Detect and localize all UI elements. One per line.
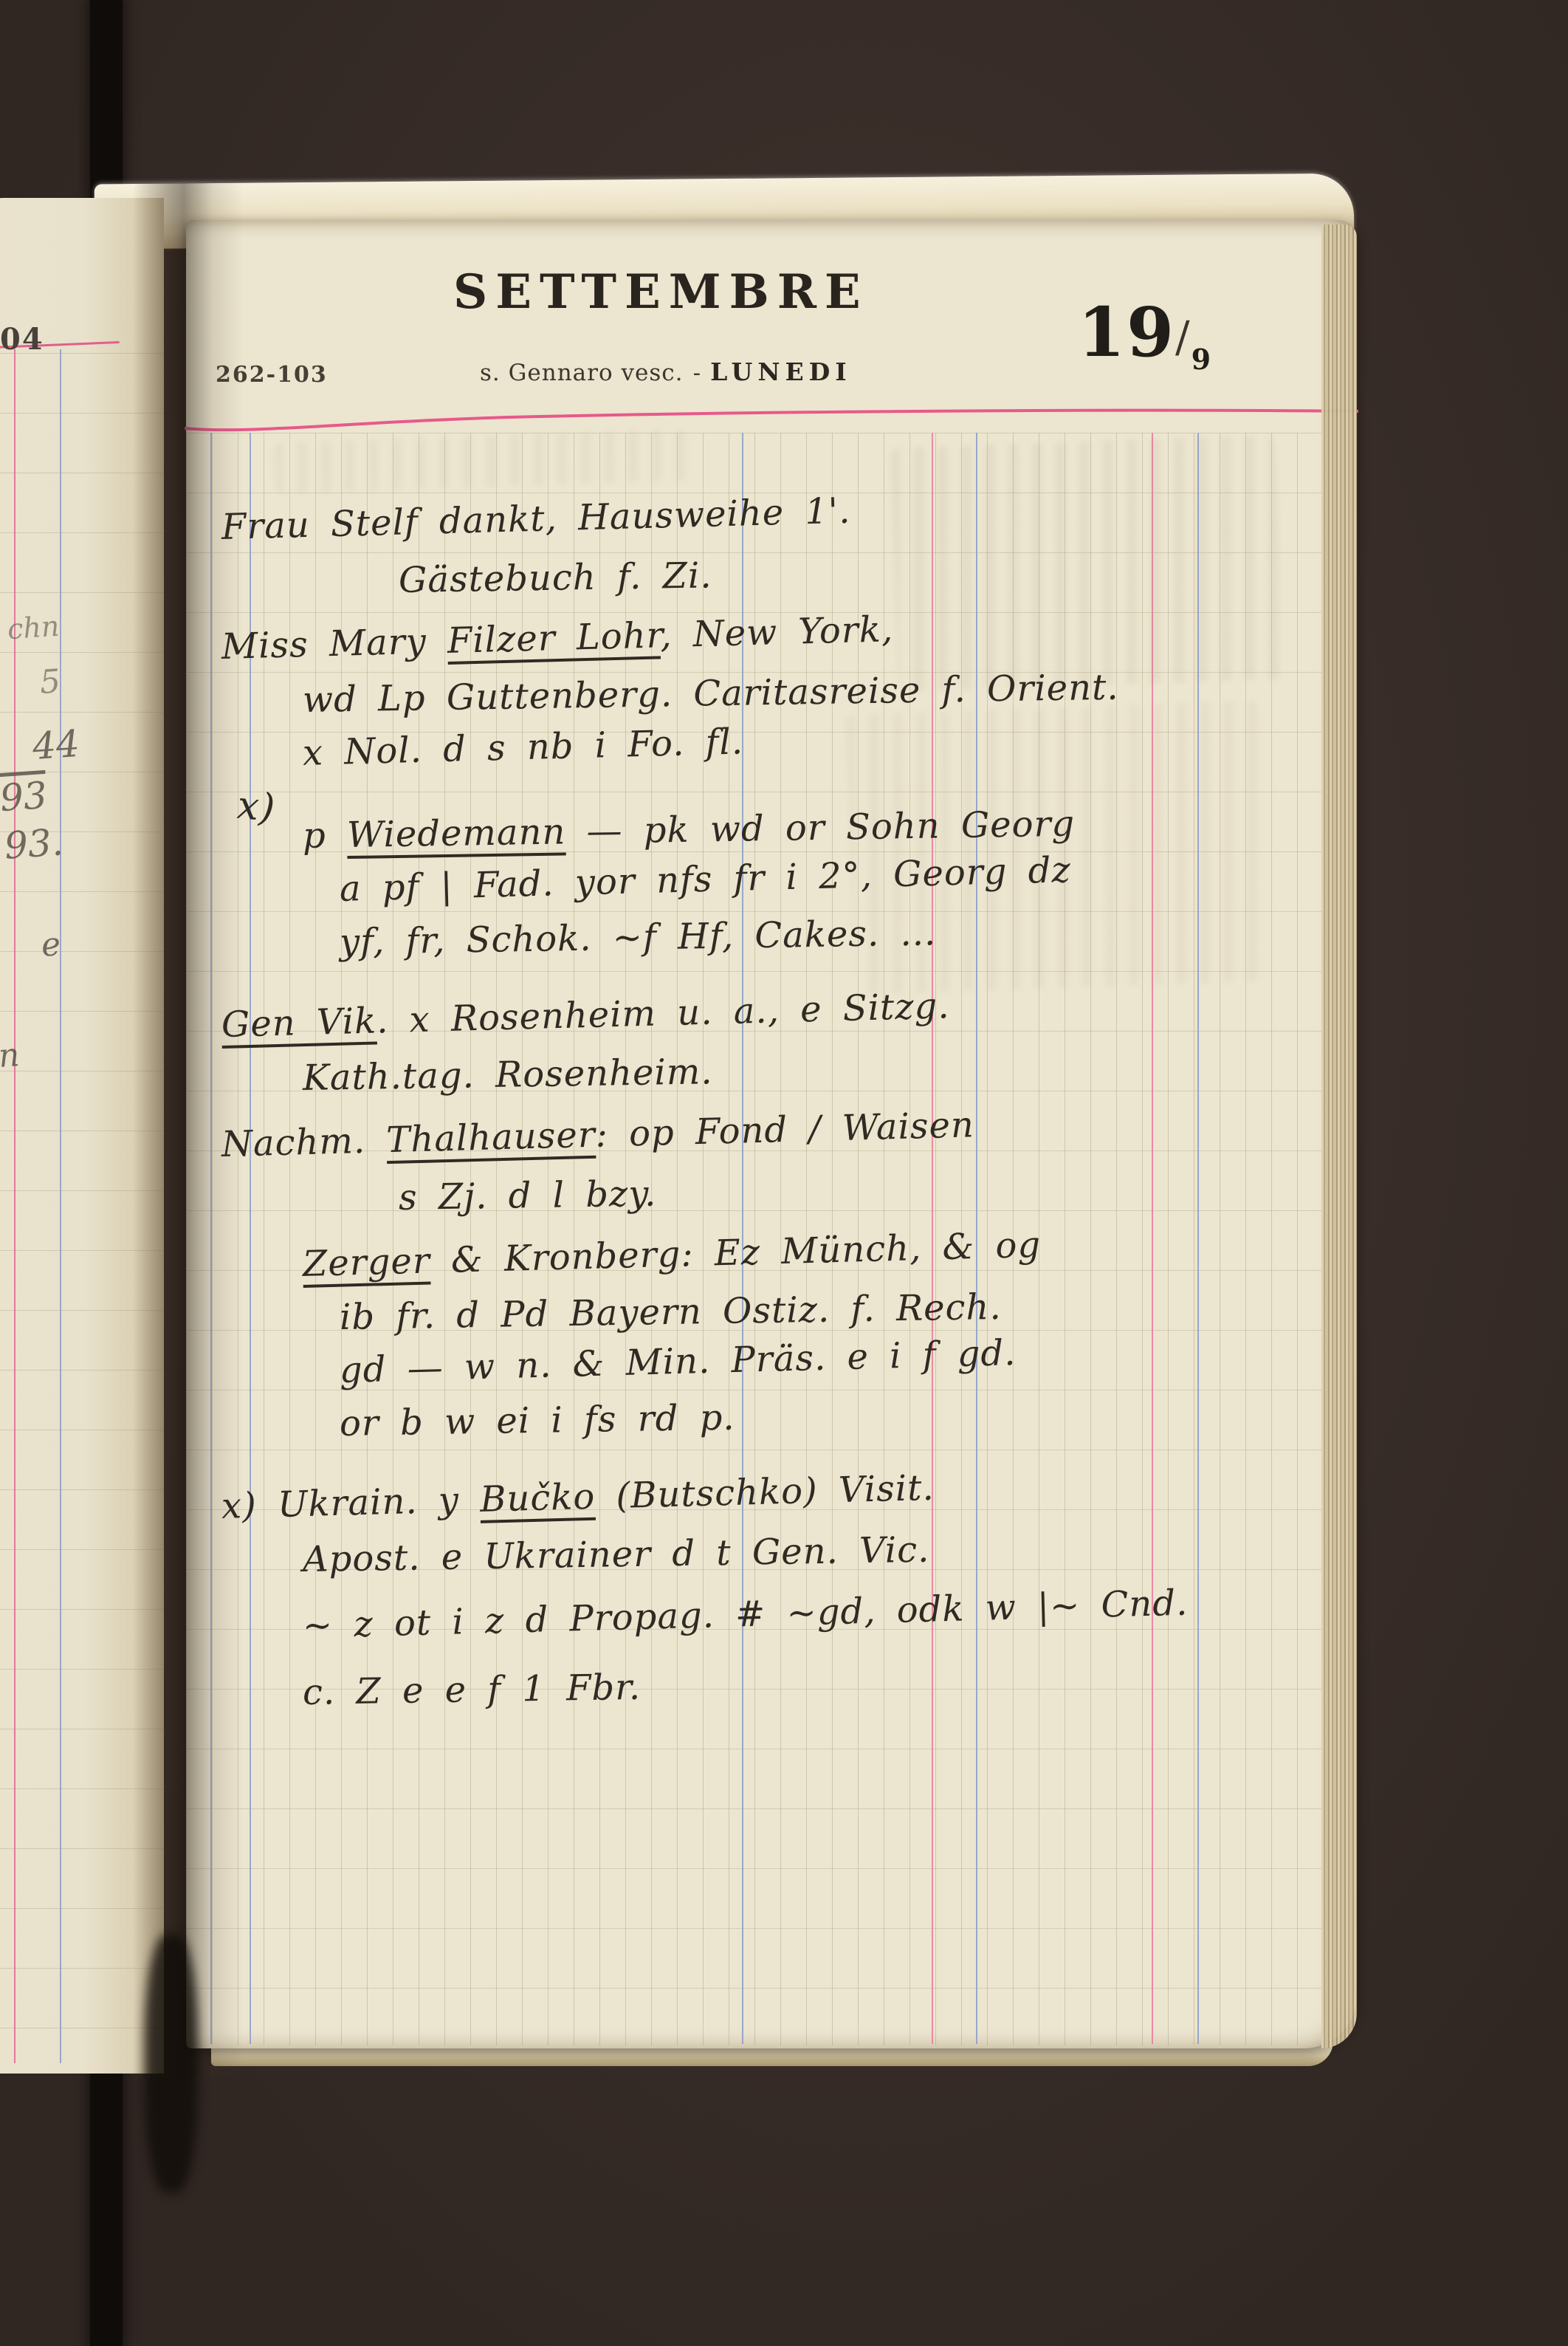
separator-dash: - bbox=[687, 360, 706, 386]
saint-name: s. Gennaro vesc. bbox=[480, 360, 683, 386]
diary-line: c. Z e e f 1 Fbr. bbox=[302, 1650, 1329, 1719]
handwriting-fragment: 93 bbox=[0, 774, 49, 820]
margin-mark: x) bbox=[235, 779, 278, 835]
diary-line: ~ z ot i z d Propag. # ~gd, odk w |~ Cnd… bbox=[302, 1573, 1329, 1653]
handwritten-entries: Frau Stelf dankt, Hausweihe 1'.Gästebuch… bbox=[221, 501, 1329, 1719]
weekday-label: LUNEDI bbox=[710, 357, 852, 386]
date-slash: / bbox=[1175, 312, 1190, 362]
underlined-name: Thalhauser bbox=[386, 1114, 596, 1161]
handwriting-fragment: chn bbox=[7, 610, 61, 646]
header-pink-rule bbox=[185, 403, 1358, 437]
left-page-red-margin-line bbox=[14, 349, 16, 2063]
handwriting-fragment: 93. bbox=[3, 820, 64, 867]
underlined-name: Zerger bbox=[302, 1240, 430, 1285]
day-number: 19 bbox=[1078, 292, 1175, 372]
page-fore-edge-stack bbox=[1321, 224, 1357, 2048]
underlined-name: Gen Vik bbox=[221, 1001, 377, 1046]
blue-margin-line bbox=[210, 433, 212, 2044]
handwriting-fragment: e bbox=[40, 925, 62, 964]
left-page-ruling bbox=[0, 353, 164, 2066]
diary-photo: 04 chn5449393.en 262-103 SETTEMBRE s. Ge… bbox=[0, 0, 1568, 2346]
diary-page: 262-103 SETTEMBRE s. Gennaro vesc. - LUN… bbox=[186, 220, 1357, 2048]
underlined-name: Wiedemann bbox=[347, 811, 566, 856]
underlined-name: Bučko bbox=[479, 1476, 595, 1520]
saint-and-weekday: s. Gennaro vesc. - LUNEDI bbox=[480, 357, 852, 386]
left-page-partial: 04 chn5449393.en bbox=[0, 198, 164, 2074]
handwriting-fragment: n bbox=[0, 1036, 21, 1075]
handwriting-fragment: 44 bbox=[31, 722, 81, 768]
underlined-name: Filzer Lohr bbox=[447, 614, 661, 662]
handwriting-fragment: 5 bbox=[38, 662, 61, 702]
month-number-small: 9 bbox=[1192, 343, 1211, 376]
diary-line: Apost. e Ukrainer d t Gen. Vic. bbox=[302, 1517, 1329, 1586]
month-title: SETTEMBRE bbox=[453, 264, 869, 320]
date-number: 19/9 bbox=[1078, 292, 1209, 372]
left-page-blue-margin-line bbox=[60, 349, 61, 2063]
gutter-deep-shadow bbox=[145, 1935, 198, 2193]
diary-code: 262-103 bbox=[216, 362, 328, 388]
left-page-number-fragment: 04 bbox=[0, 322, 44, 357]
